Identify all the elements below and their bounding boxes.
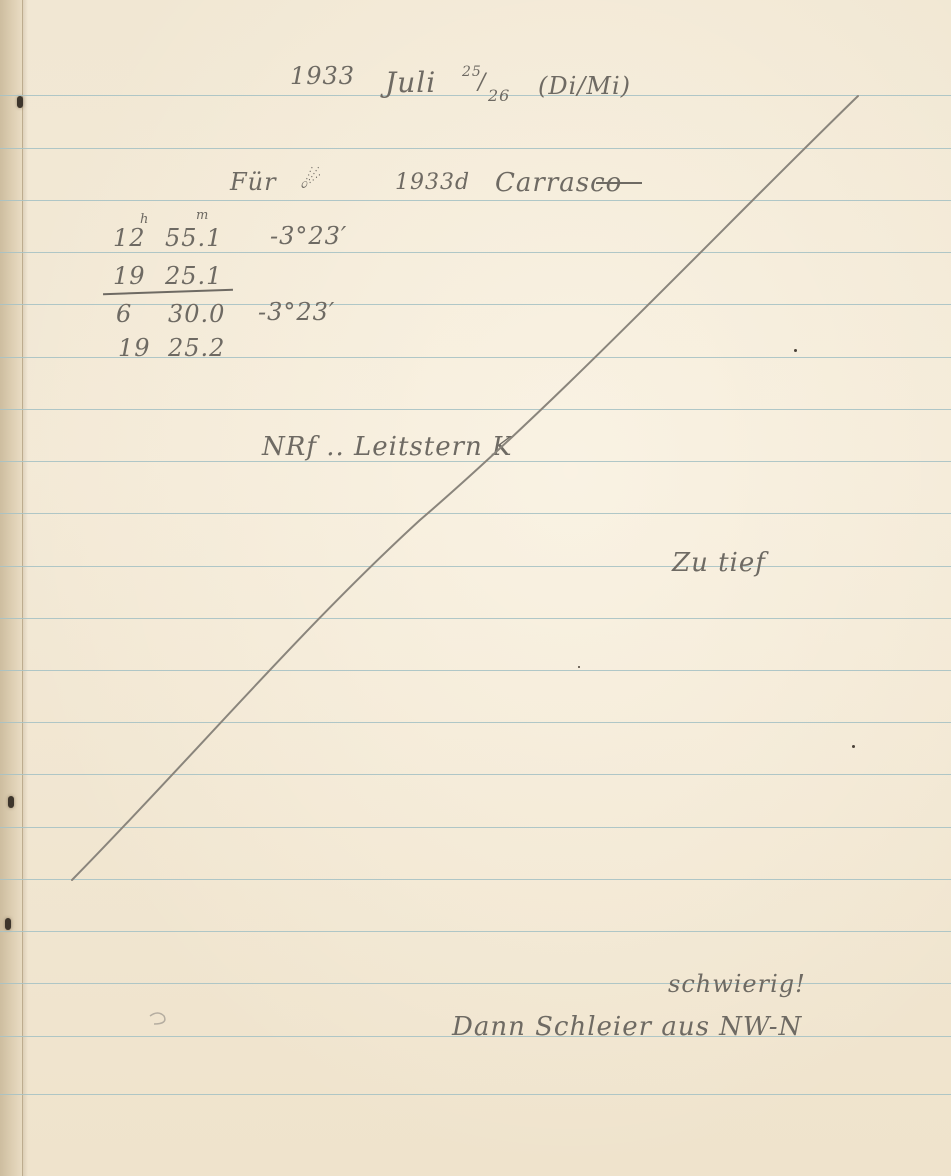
- calc-row-2-ra-h: 19: [113, 262, 146, 290]
- comet-name: Carrasco: [495, 168, 622, 198]
- day-sub: 26: [488, 86, 510, 105]
- calc-row-2-ra-m: 25.1: [165, 262, 222, 290]
- calc-unit-h: h: [140, 212, 149, 227]
- binding-hole: [17, 96, 23, 108]
- pencil-strokes: [0, 0, 951, 1176]
- paper-speck: [578, 666, 580, 668]
- calc-row-1-dec: -3°23′: [270, 222, 347, 250]
- year: 1933: [290, 62, 355, 90]
- binding-hole: [8, 796, 14, 808]
- calc-row-3-ra-h: 6: [116, 300, 132, 328]
- notebook-page: 1933 Juli 25 / 26 (Di/Mi) Für ☄ 1933d Ca…: [0, 0, 951, 1176]
- gutter-shadow: [22, 0, 28, 1176]
- calc-row-4-ra-h: 19: [118, 334, 151, 362]
- month: Juli: [385, 66, 436, 99]
- note-schleier: Dann Schleier aus NW-N: [452, 1012, 802, 1042]
- calc-unit-m: m: [196, 208, 209, 223]
- faint-mark: [150, 1013, 165, 1024]
- weekday: (Di/Mi): [538, 72, 631, 100]
- cross-out-diagonal: [72, 96, 858, 880]
- calc-row-3-dec: -3°23′: [258, 298, 335, 326]
- entry-label: Für: [230, 168, 277, 196]
- paper-speck: [794, 349, 797, 352]
- note-zu-tief: Zu tief: [672, 548, 766, 578]
- note-nrf-leitstern: NRf .. Leitstern K: [262, 432, 512, 462]
- day-slash: /: [478, 70, 486, 95]
- calc-row-1-ra-m: 55.1: [165, 224, 222, 252]
- comet-symbol-icon: ☄: [300, 166, 323, 194]
- comet-designation: 1933d: [395, 170, 470, 195]
- calc-row-1-ra-h: 12: [113, 224, 146, 252]
- calc-row-4-ra-m: 25.2: [168, 334, 225, 362]
- calc-row-3-ra-m: 30.0: [168, 300, 225, 328]
- binding-hole: [5, 918, 11, 930]
- note-schwierig: schwierig!: [668, 970, 806, 998]
- page-binding-gutter: [0, 0, 23, 1176]
- paper-speck: [852, 745, 855, 748]
